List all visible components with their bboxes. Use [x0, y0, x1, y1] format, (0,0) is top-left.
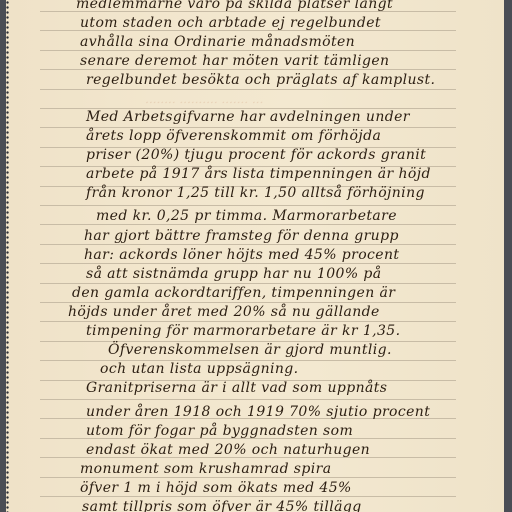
ruled-line: [40, 283, 456, 284]
ruled-line: [40, 399, 456, 400]
handwritten-line-24: monument som krushamrad spira: [80, 461, 331, 477]
ruled-line: [40, 50, 456, 51]
handwritten-line-9: arbete på 1917 års lista timpenningen är…: [86, 166, 431, 182]
ruled-line: [40, 302, 456, 303]
handwritten-line-23: endast ökat med 20% och naturhugen: [86, 442, 370, 458]
ruled-line: [40, 496, 456, 497]
handwritten-line-2: utom staden och arbtade ej regelbundet: [80, 15, 381, 31]
ruled-line: [40, 244, 456, 245]
handwritten-line-17: timpening för marmorarbetare är kr 1,35.: [86, 323, 400, 339]
handwritten-line-26: samt tillpris som öfver är 45% tillägg: [82, 499, 362, 512]
handwritten-line-6: Med Arbetsgifvarne har avdelningen under: [86, 109, 410, 125]
bleed-through-text: ........ .......... ....... ...: [143, 92, 449, 108]
ruled-line: [40, 224, 456, 225]
handwritten-line-5: regelbundet besökta och präglats af kamp…: [86, 72, 435, 88]
handwritten-line-4: senare deremot har möten varit tämligen: [80, 53, 389, 69]
handwritten-line-14: så att sistnämda grupp har nu 100% på: [86, 266, 382, 282]
handwritten-line-15: den gamla ackordtariffen, timpenningen ä…: [72, 285, 395, 301]
ruled-line: [40, 263, 456, 264]
handwritten-line-10: från kronor 1,25 till kr. 1,50 alltså fö…: [86, 185, 425, 201]
handwritten-line-19: och utan lista uppsägning.: [100, 361, 299, 377]
ruled-line: [40, 89, 456, 90]
handwritten-line-16: höjds under året med 20% så nu gällande: [68, 304, 380, 320]
handwritten-line-8: priser (20%) tjugu procent för ackords g…: [86, 147, 426, 163]
handwritten-line-11: med kr. 0,25 pr timma. Marmorarbetare: [96, 208, 397, 224]
handwritten-line-21: under åren 1918 och 1919 70% sjutio proc…: [86, 404, 430, 420]
letter-page: ........ .......... ....... ... medlemma…: [6, 0, 504, 512]
handwritten-line-7: årets lopp öfverenskommit om förhöjda: [86, 128, 381, 144]
ruled-line: [40, 69, 456, 70]
handwritten-line-3: avhålla sina Ordinarie månadsmöten: [80, 34, 355, 50]
handwritten-line-22: utom för fogar på byggnadsten som: [86, 423, 353, 439]
handwritten-line-25: öfver 1 m i höjd som ökats med 45%: [80, 480, 352, 496]
ruled-line: [40, 321, 456, 322]
ruled-line: [40, 205, 456, 206]
handwritten-line-1: medlemmarne varo på skilda platser långt: [76, 0, 393, 12]
ruled-line: [40, 477, 456, 478]
left-edge-perforation: [6, 0, 9, 512]
handwritten-line-13: har: ackords löner höjts med 45% procent: [84, 247, 399, 263]
handwritten-line-12: har gjort bättre framsteg för denna grup…: [84, 228, 399, 244]
handwritten-line-18: Öfverenskommelsen är gjord muntlig.: [108, 342, 392, 358]
handwritten-line-20: Granitpriserna är i allt vad som uppnåts: [86, 380, 387, 396]
